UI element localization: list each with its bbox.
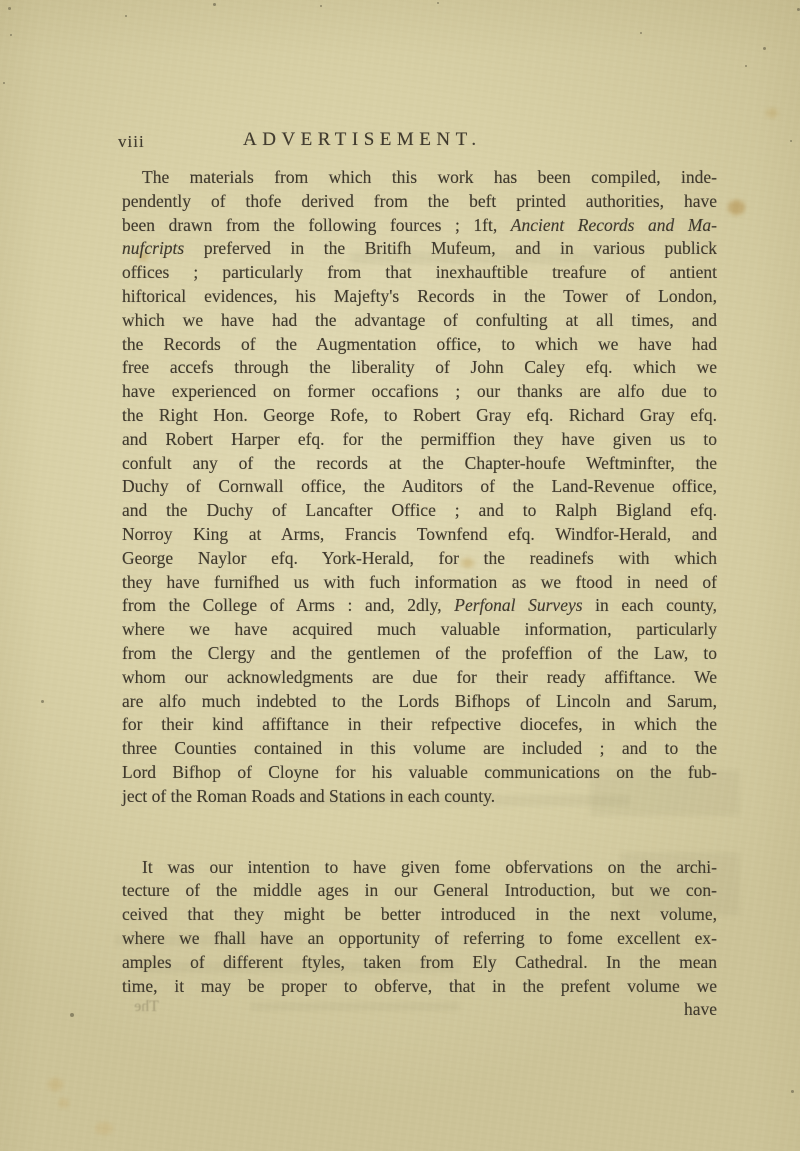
- ink-speck: [10, 34, 12, 36]
- text-line: for their kind affiftance in their refpe…: [122, 713, 717, 737]
- page-number: viii: [118, 132, 145, 152]
- text-line: from the College of Arms : and, 2dly, Pe…: [122, 594, 717, 618]
- text-line: from the Clergy and the gentlemen of the…: [122, 642, 717, 666]
- body-text: from the College of Arms : and, 2dly,: [122, 595, 454, 615]
- body-text: and the Duchy of Lancafter Office ; and …: [122, 500, 717, 520]
- page-title: ADVERTISEMENT.: [243, 129, 482, 151]
- text-line: the Right Hon. George Rofe, to Robert Gr…: [122, 404, 717, 428]
- showthrough-text: The: [119, 998, 159, 1016]
- body-text: time, it may be proper to obferve, that …: [122, 976, 717, 996]
- text-line: where we fhall have an opportunity of re…: [122, 927, 717, 951]
- ink-speck: [70, 1013, 74, 1017]
- text-line: the Records of the Augmentation office, …: [122, 333, 717, 357]
- text-line: which we have had the advantage of confu…: [122, 309, 717, 333]
- text-line: three Counties contained in this volume …: [122, 737, 717, 761]
- text-line: time, it may be proper to obferve, that …: [122, 975, 717, 999]
- foxing-stain: [95, 1122, 113, 1135]
- ink-speck: [745, 65, 747, 67]
- text-line: Norroy King at Arms, Francis Townfend ef…: [122, 523, 717, 547]
- ink-speck: [8, 7, 11, 10]
- italic-text: Ancient Records and Ma-: [511, 215, 717, 235]
- body-text: confult any of the records at the Chapte…: [122, 453, 717, 473]
- text-line: whom our acknowledgments are due for the…: [122, 666, 717, 690]
- foxing-stain: [48, 1078, 63, 1091]
- body-text: ceived that they might be better introdu…: [122, 904, 717, 924]
- foxing-stain: [728, 200, 745, 215]
- body-text: from the Clergy and the gentlemen of the…: [122, 643, 717, 663]
- catchword: have: [122, 998, 717, 1022]
- body-text: tecture of the middle ages in our Genera…: [122, 880, 717, 900]
- body-text: The materials from which this work has b…: [142, 167, 717, 187]
- text-line: hiftorical evidences, his Majefty's Reco…: [122, 285, 717, 309]
- text-line: ject of the Roman Roads and Stations in …: [122, 785, 717, 809]
- body-text: where we have acquired much valuable inf…: [122, 619, 717, 639]
- body-text: and Robert Harper efq. for the permiffio…: [122, 429, 717, 449]
- foxing-stain: [58, 1098, 69, 1108]
- body-text: ject of the Roman Roads and Stations in …: [122, 786, 495, 806]
- text-line: nufcripts preferved in the Britifh Mufeu…: [122, 237, 717, 261]
- text-line: Duchy of Cornwall office, the Auditors o…: [122, 475, 717, 499]
- body-text: It was our intention to have given fome …: [142, 857, 717, 877]
- text-line: ceived that they might be better introdu…: [122, 903, 717, 927]
- text-line: have experienced on former occafions ; o…: [122, 380, 717, 404]
- text-line: and the Duchy of Lancafter Office ; and …: [122, 499, 717, 523]
- ink-speck: [3, 82, 5, 84]
- body-text: in each county,: [583, 595, 717, 615]
- body-text: whom our acknowledgments are due for the…: [122, 667, 717, 687]
- text-line: been drawn from the following fources ; …: [122, 214, 717, 238]
- book-page-scan: { "page": { "number": "viii", "title": "…: [0, 0, 800, 1151]
- text-line: where we have acquired much valuable inf…: [122, 618, 717, 642]
- body-text: Duchy of Cornwall office, the Auditors o…: [122, 476, 717, 496]
- text-line: are alfo much indebted to the Lords Bifh…: [122, 690, 717, 714]
- foxing-stain: [766, 108, 778, 118]
- paragraph-2: It was our intention to have given fome …: [122, 856, 717, 999]
- body-text: Norroy King at Arms, Francis Townfend ef…: [122, 524, 717, 544]
- body-text: free accefs through the liberality of Jo…: [122, 357, 717, 377]
- ink-speck: [125, 15, 127, 17]
- text-line: amples of different ftyles, taken from E…: [122, 951, 717, 975]
- text-line: The materials from which this work has b…: [122, 166, 717, 190]
- text-line: offices ; particularly from that inexhau…: [122, 261, 717, 285]
- text-line: they have furnifhed us with fuch informa…: [122, 571, 717, 595]
- body-text: offices ; particularly from that inexhau…: [122, 262, 717, 282]
- ink-speck: [213, 3, 216, 6]
- body-text: the Records of the Augmentation office, …: [122, 334, 717, 354]
- body-text: pendently of thofe derived from the beft…: [122, 191, 717, 211]
- italic-text: nufcripts: [122, 238, 184, 258]
- ink-speck: [763, 47, 766, 50]
- body-text: Lord Bifhop of Cloyne for his valuable c…: [122, 762, 717, 782]
- body-text: they have furnifhed us with fuch informa…: [122, 572, 717, 592]
- text-line: Lord Bifhop of Cloyne for his valuable c…: [122, 761, 717, 785]
- ink-speck: [640, 32, 642, 34]
- body-text: George Naylor efq. York-Herald, for the …: [122, 548, 717, 568]
- text-line: free accefs through the liberality of Jo…: [122, 356, 717, 380]
- ink-speck: [437, 2, 439, 4]
- text-line: and Robert Harper efq. for the permiffio…: [122, 428, 717, 452]
- text-line: confult any of the records at the Chapte…: [122, 452, 717, 476]
- body-text-block: The materials from which this work has b…: [122, 166, 717, 1022]
- ink-speck: [320, 5, 322, 7]
- body-text: which we have had the advantage of confu…: [122, 310, 717, 330]
- body-text: where we fhall have an opportunity of re…: [122, 928, 717, 948]
- body-text: been drawn from the following fources ; …: [122, 215, 511, 235]
- text-line: It was our intention to have given fome …: [122, 856, 717, 880]
- body-text: preferved in the Britifh Mufeum, and in …: [184, 238, 717, 258]
- body-text: have experienced on former occafions ; o…: [122, 381, 717, 401]
- text-line: George Naylor efq. York-Herald, for the …: [122, 547, 717, 571]
- paragraph-1: The materials from which this work has b…: [122, 166, 717, 809]
- ink-speck: [791, 1090, 794, 1093]
- text-line: pendently of thofe derived from the beft…: [122, 190, 717, 214]
- body-text: are alfo much indebted to the Lords Bifh…: [122, 691, 717, 711]
- ink-speck: [41, 700, 44, 703]
- italic-text: Perfonal Surveys: [454, 595, 582, 615]
- body-text: three Counties contained in this volume …: [122, 738, 717, 758]
- body-text: amples of different ftyles, taken from E…: [122, 952, 717, 972]
- body-text: hiftorical evidences, his Majefty's Reco…: [122, 286, 717, 306]
- body-text: for their kind affiftance in their refpe…: [122, 714, 717, 734]
- text-line: tecture of the middle ages in our Genera…: [122, 879, 717, 903]
- body-text: the Right Hon. George Rofe, to Robert Gr…: [122, 405, 717, 425]
- ink-speck: [790, 140, 792, 142]
